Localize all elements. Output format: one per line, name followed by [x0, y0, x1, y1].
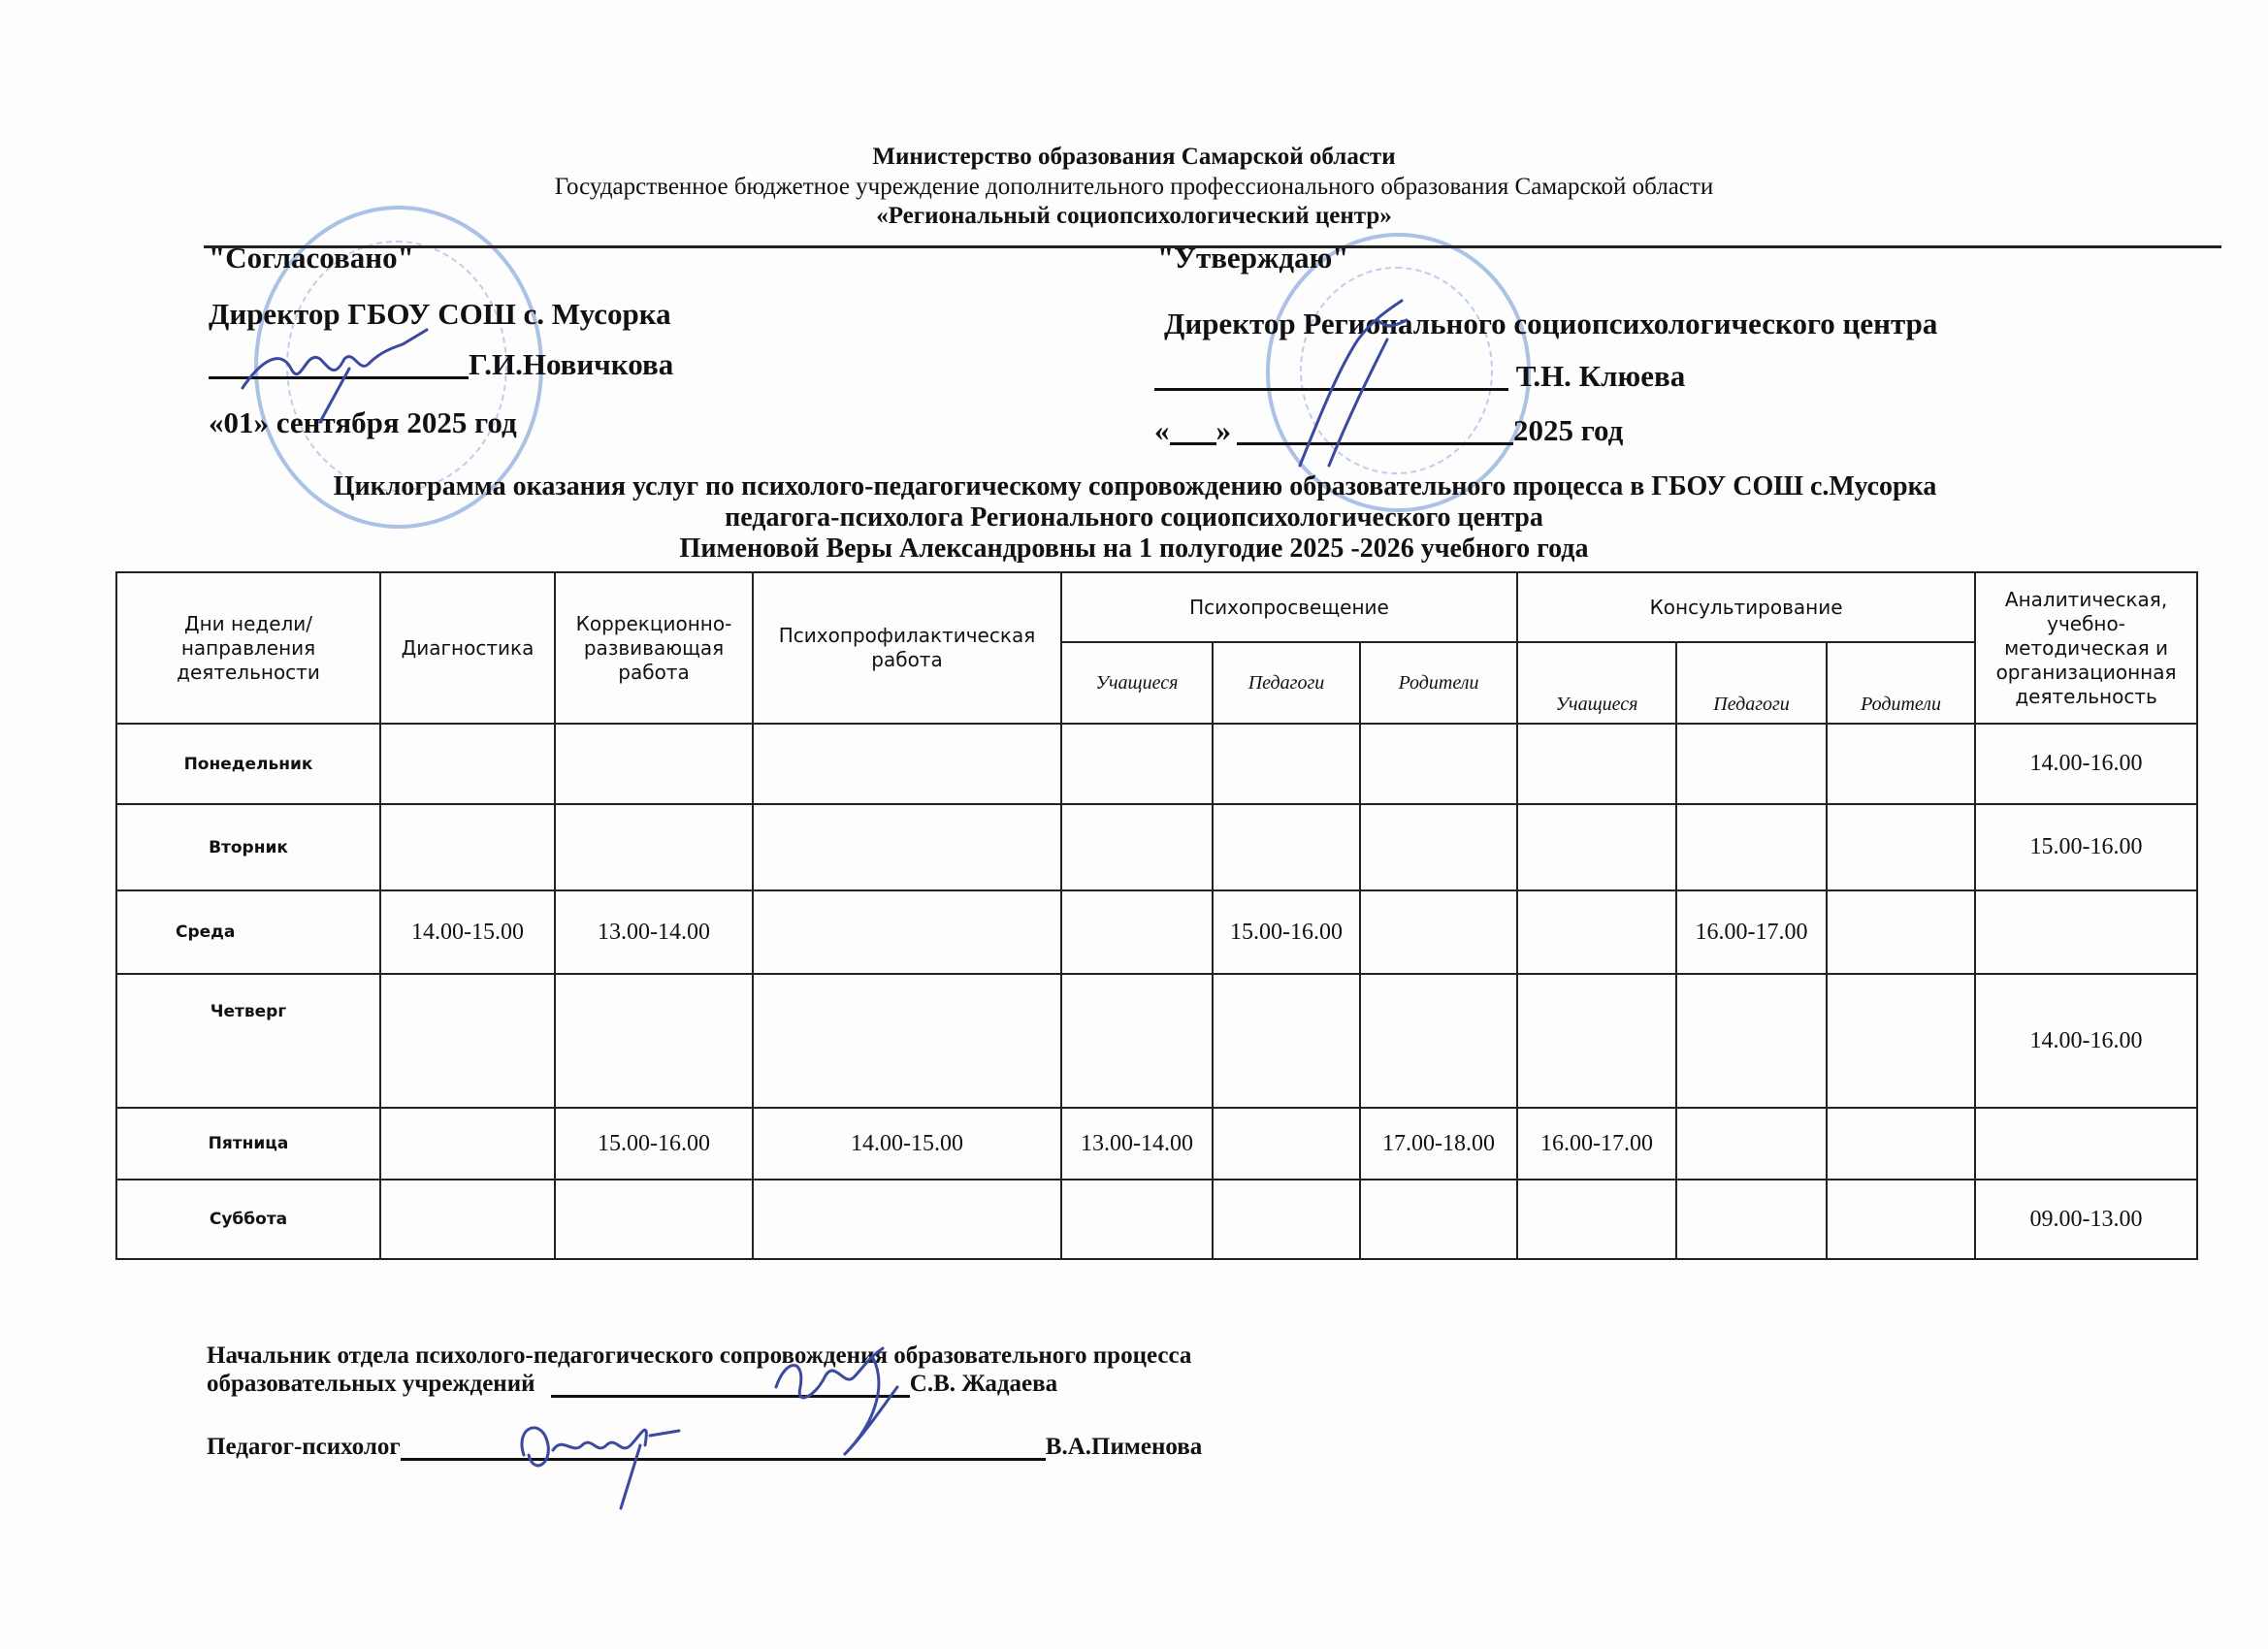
- header-education-parents: Родители: [1360, 642, 1517, 724]
- header-consulting-parents: Родители: [1827, 642, 1975, 724]
- cell-education-teachers: [1213, 804, 1360, 890]
- cell-analytic: 15.00-16.00: [1975, 804, 2197, 890]
- day-label: Вторник: [116, 804, 380, 890]
- psychologist-label: Педагог-психолог: [207, 1434, 401, 1460]
- cell-prophylaxis: [753, 804, 1061, 890]
- cell-consulting-teachers: [1676, 804, 1827, 890]
- cell-education-teachers: [1213, 974, 1360, 1108]
- header-education-students: Учащиеся: [1061, 642, 1213, 724]
- cell-education-parents: [1360, 890, 1517, 974]
- schedule-table: Дни недели/направления деятельности Диаг…: [115, 571, 2198, 1260]
- cell-consulting-parents: [1827, 890, 1975, 974]
- cell-diagnostics: [380, 804, 555, 890]
- cell-consulting-teachers: [1676, 974, 1827, 1108]
- cell-education-parents: [1360, 724, 1517, 804]
- date-open-quote: «: [1154, 413, 1170, 447]
- approved-label: "Утверждаю": [1157, 242, 1349, 273]
- agreed-signature-icon: [233, 320, 485, 427]
- cell-education-students: [1061, 890, 1213, 974]
- cell-education-students: [1061, 724, 1213, 804]
- cell-correction: 13.00-14.00: [555, 890, 753, 974]
- institution-name: Государственное бюджетное учреждение доп…: [0, 174, 2268, 201]
- cell-correction: 15.00-16.00: [555, 1108, 753, 1180]
- table-row-thursday: Четверг 14.00-16.00: [116, 974, 2197, 1108]
- cell-education-students: 13.00-14.00: [1061, 1108, 1213, 1180]
- cell-education-parents: [1360, 974, 1517, 1108]
- cell-education-teachers: [1213, 1180, 1360, 1259]
- header-days: Дни недели/направления деятельности: [116, 572, 380, 724]
- cell-consulting-students: [1517, 804, 1676, 890]
- cell-consulting-parents: [1827, 724, 1975, 804]
- cell-consulting-students: [1517, 724, 1676, 804]
- cell-diagnostics: 14.00-15.00: [380, 890, 555, 974]
- cell-analytic: 09.00-13.00: [1975, 1180, 2197, 1259]
- cell-prophylaxis: [753, 724, 1061, 804]
- cell-consulting-teachers: [1676, 724, 1827, 804]
- cell-education-teachers: [1213, 724, 1360, 804]
- cell-consulting-students: [1517, 1180, 1676, 1259]
- cell-consulting-parents: [1827, 1180, 1975, 1259]
- header-education-group: Психопросвещение: [1061, 572, 1517, 642]
- cell-analytic: 14.00-16.00: [1975, 974, 2197, 1108]
- cell-consulting-students: [1517, 974, 1676, 1108]
- header-diagnostics: Диагностика: [380, 572, 555, 724]
- agreed-label: "Согласовано": [209, 242, 414, 273]
- cell-education-parents: 17.00-18.00: [1360, 1108, 1517, 1180]
- psychologist-signature-icon: [495, 1397, 728, 1513]
- table-row-monday: Понедельник 14.00-16.00: [116, 724, 2197, 804]
- psychologist-name: В.А.Пименова: [1046, 1434, 1203, 1460]
- header-prophylaxis: Психопрофилактическая работа: [753, 572, 1061, 724]
- approved-signature-icon: [1280, 281, 1436, 475]
- cell-education-students: [1061, 974, 1213, 1108]
- header-consulting-students: Учащиеся: [1517, 642, 1676, 724]
- cell-consulting-parents: [1827, 974, 1975, 1108]
- cell-diagnostics: [380, 724, 555, 804]
- cell-consulting-students: [1517, 890, 1676, 974]
- cell-consulting-parents: [1827, 1108, 1975, 1180]
- cell-correction: [555, 804, 753, 890]
- table-row-friday: Пятница 15.00-16.00 14.00-15.00 13.00-14…: [116, 1108, 2197, 1180]
- cell-correction: [555, 1180, 753, 1259]
- agreed-name: Г.И.Новичкова: [469, 347, 673, 381]
- header-consulting-group: Консультирование: [1517, 572, 1975, 642]
- center-name: «Региональный социопсихологический центр…: [0, 203, 2268, 230]
- ministry-name: Министерство образования Самарской облас…: [0, 144, 2268, 171]
- cell-consulting-students: 16.00-17.00: [1517, 1108, 1676, 1180]
- table-row-tuesday: Вторник 15.00-16.00: [116, 804, 2197, 890]
- cell-diagnostics: [380, 974, 555, 1108]
- cell-diagnostics: [380, 1180, 555, 1259]
- header-correction: Коррекционно-развивающая работа: [555, 572, 753, 724]
- day-label: Среда: [116, 890, 380, 974]
- cell-education-parents: [1360, 1180, 1517, 1259]
- day-label: Понедельник: [116, 724, 380, 804]
- cell-analytic: [1975, 890, 2197, 974]
- header-education-teachers: Педагоги: [1213, 642, 1360, 724]
- cell-analytic: 14.00-16.00: [1975, 724, 2197, 804]
- cell-consulting-teachers: [1676, 1108, 1827, 1180]
- cell-consulting-parents: [1827, 804, 1975, 890]
- table-row-saturday: Суббота 09.00-13.00: [116, 1180, 2197, 1259]
- header-analytic: Аналитическая, учебно-методическая и орг…: [1975, 572, 2197, 724]
- cell-education-parents: [1360, 804, 1517, 890]
- cell-education-students: [1061, 1180, 1213, 1259]
- date-close-quote: »: [1216, 413, 1232, 447]
- header-consulting-teachers: Педагоги: [1676, 642, 1827, 724]
- cell-consulting-teachers: [1676, 1180, 1827, 1259]
- cell-education-teachers: 15.00-16.00: [1213, 890, 1360, 974]
- cell-prophylaxis: [753, 974, 1061, 1108]
- cell-education-teachers: [1213, 1108, 1360, 1180]
- day-label: Пятница: [116, 1108, 380, 1180]
- document-title-line3: Пименовой Веры Александровны на 1 полуго…: [0, 533, 2268, 565]
- head-of-department-title-2: образовательных учреждений: [207, 1371, 535, 1397]
- approved-name: Т.Н. Клюева: [1516, 359, 1686, 393]
- cell-correction: [555, 724, 753, 804]
- day-blank: [1170, 417, 1216, 445]
- cell-diagnostics: [380, 1108, 555, 1180]
- date-year: 2025 год: [1513, 413, 1623, 447]
- cell-prophylaxis: 14.00-15.00: [753, 1108, 1061, 1180]
- day-label: Четверг: [116, 974, 380, 1108]
- cell-prophylaxis: [753, 1180, 1061, 1259]
- table-row-wednesday: Среда 14.00-15.00 13.00-14.00 15.00-16.0…: [116, 890, 2197, 974]
- document-title-line2: педагога-психолога Регионального социопс…: [0, 502, 2268, 533]
- cell-analytic: [1975, 1108, 2197, 1180]
- day-label: Суббота: [116, 1180, 380, 1259]
- cell-prophylaxis: [753, 890, 1061, 974]
- document-title-line1: Циклограмма оказания услуг по психолого-…: [165, 471, 2105, 502]
- cell-correction: [555, 974, 753, 1108]
- head-of-department-title: Начальник отдела психолого-педагогическо…: [207, 1342, 1191, 1370]
- cell-consulting-teachers: 16.00-17.00: [1676, 890, 1827, 974]
- cell-education-students: [1061, 804, 1213, 890]
